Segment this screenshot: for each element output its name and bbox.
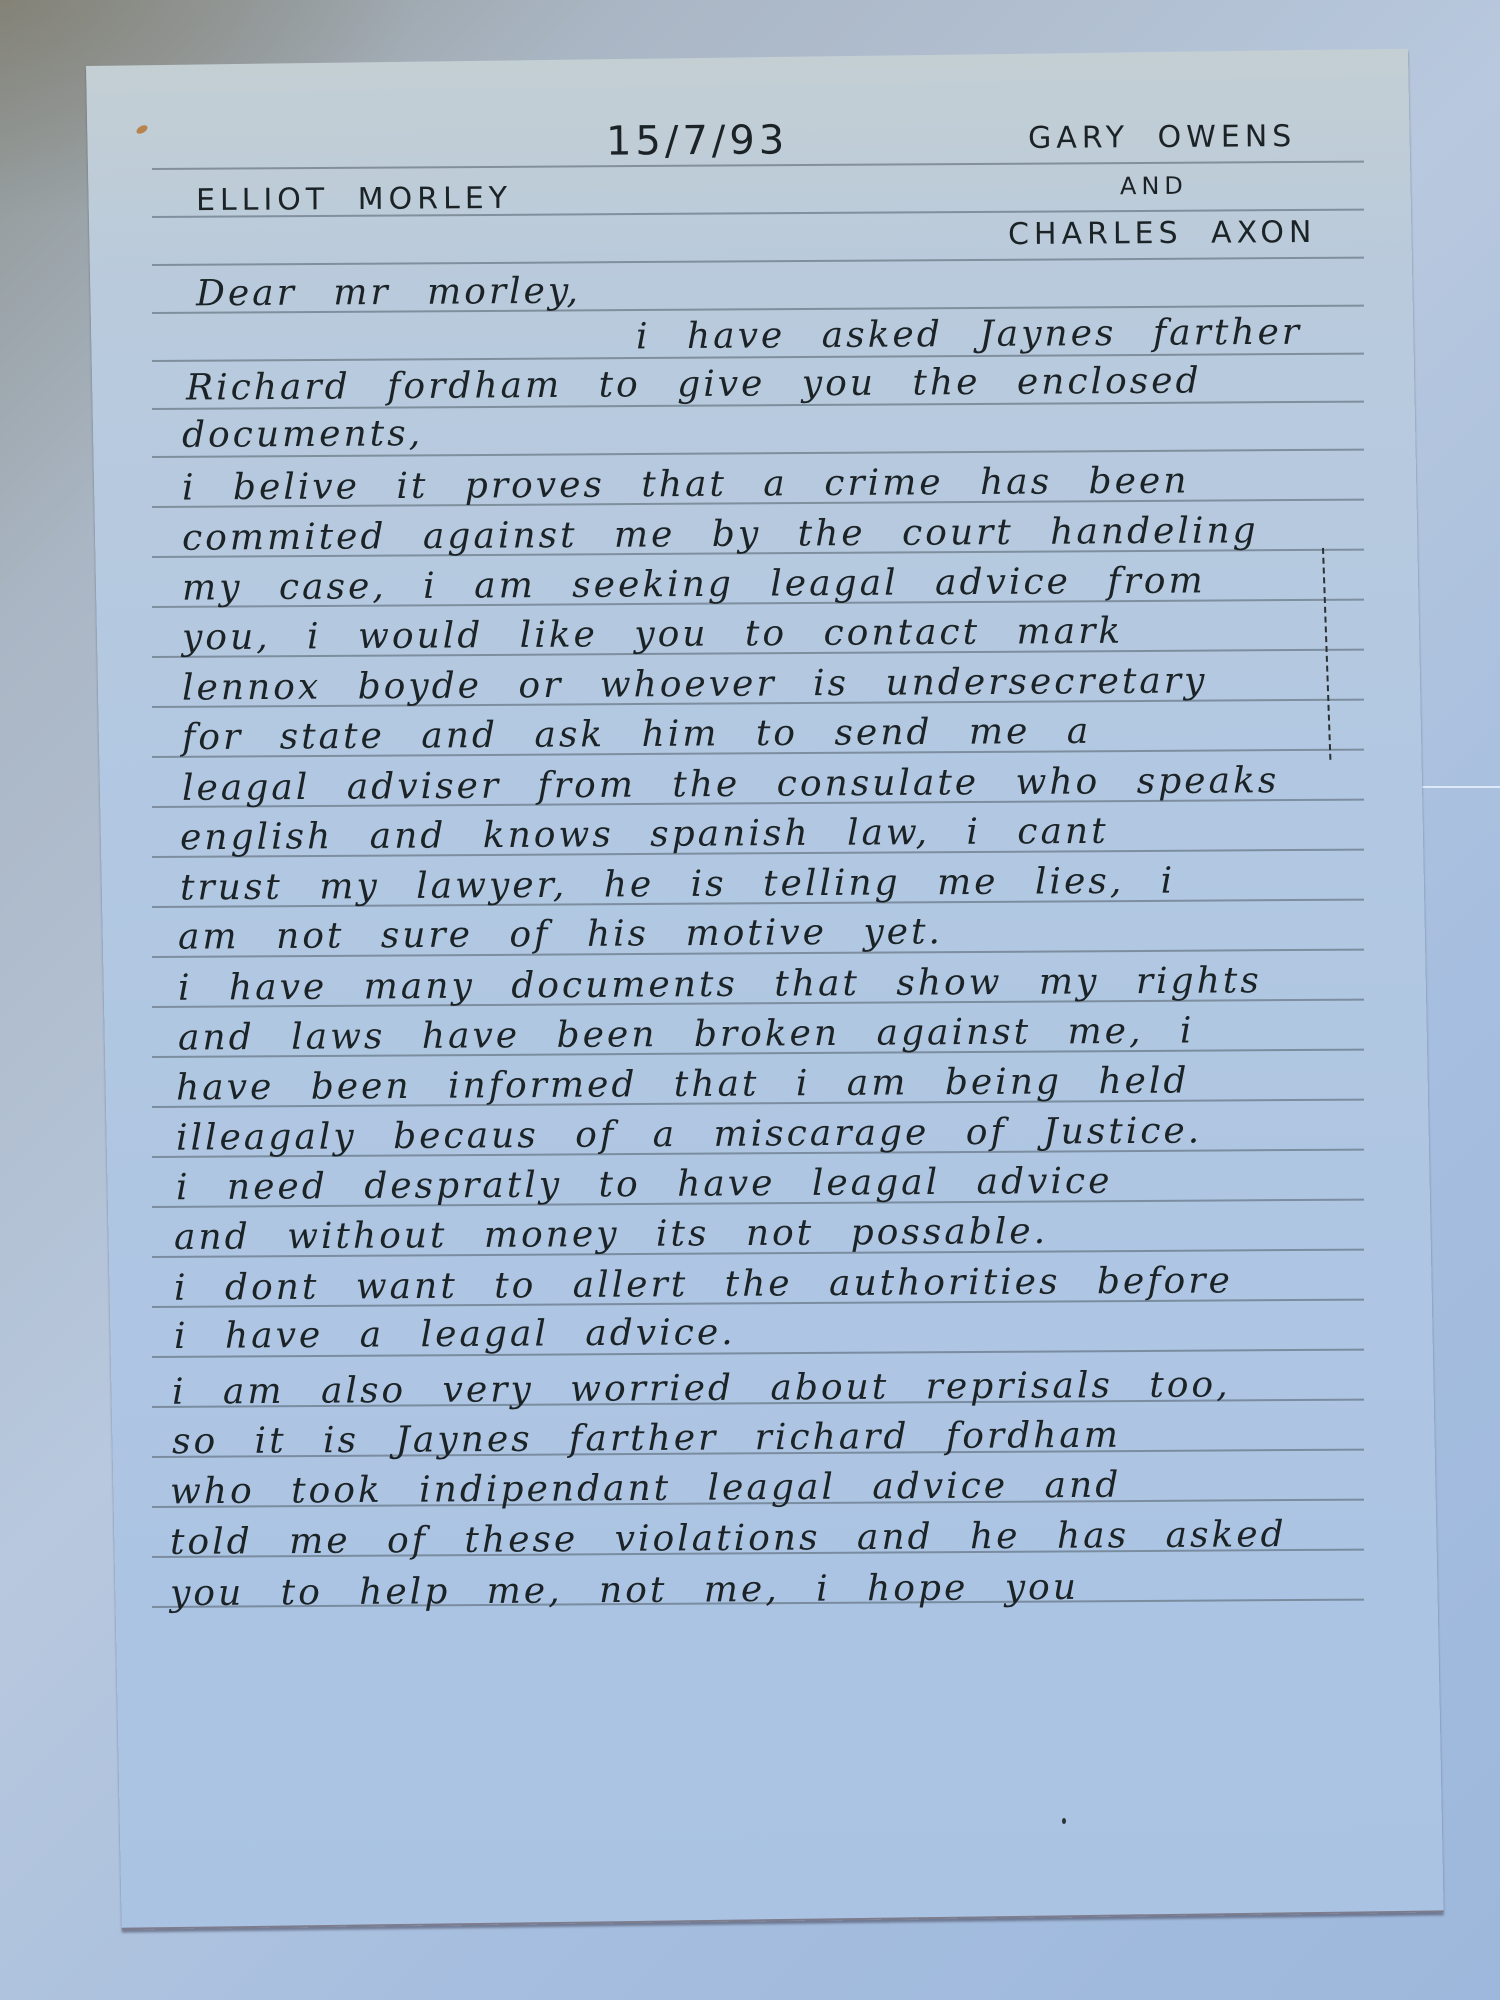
body-line: and without money its not possable. bbox=[174, 1211, 1048, 1258]
body-line: documents, bbox=[182, 413, 423, 456]
body-line: you to help me, not me, i hope you bbox=[170, 1567, 1079, 1614]
sender-name-2: CHARLES AXON bbox=[1008, 215, 1317, 252]
ink-dot bbox=[1062, 1818, 1066, 1824]
body-line: i have many documents that show my right… bbox=[178, 960, 1262, 1009]
body-line: i need despratly to have leagal advice bbox=[176, 1161, 1113, 1209]
body-line: illeagaly becaus of a miscarage of Justi… bbox=[176, 1110, 1202, 1158]
body-line: i have a leagal advice. bbox=[174, 1312, 736, 1357]
body-line: so it is Jaynes farther richard fordham bbox=[172, 1415, 1121, 1463]
body-line: i dont want to allert the authorities be… bbox=[174, 1260, 1233, 1308]
body-line: i am also very worried about reprisals t… bbox=[172, 1364, 1231, 1412]
body-line: leagal adviser from the consulate who sp… bbox=[182, 760, 1280, 809]
letter-date: 15/7/93 bbox=[606, 117, 789, 164]
handwritten-letter: 15/7/93 GARY OWENS AND CHARLES AXON ELLI… bbox=[0, 0, 1500, 2000]
body-line: have been informed that i am being held bbox=[176, 1060, 1190, 1108]
body-line: you, i would like you to contact mark bbox=[182, 611, 1123, 659]
sender-conjunction: AND bbox=[1120, 172, 1188, 200]
body-line: commited against me by the court handeli… bbox=[182, 510, 1259, 559]
body-line: lennox boyde or whoever is undersecretar… bbox=[182, 660, 1208, 708]
sender-name-1: GARY OWENS bbox=[1028, 119, 1297, 156]
body-line: who took indipendant leagal advice and bbox=[170, 1465, 1122, 1513]
body-line: trust my lawyer, he is telling me lies, … bbox=[180, 861, 1175, 909]
body-line: Richard fordham to give you the enclosed bbox=[186, 360, 1202, 408]
body-line: am not sure of his motive yet. bbox=[178, 911, 943, 957]
salutation: Dear mr morley, bbox=[196, 271, 581, 315]
recipient-name: ELLIOT MORLEY bbox=[196, 181, 512, 218]
body-line: i belive it proves that a crime has been bbox=[182, 460, 1190, 508]
body-line: my case, i am seeking leagal advice from bbox=[182, 560, 1206, 608]
body-line: told me of these violations and he has a… bbox=[170, 1514, 1287, 1563]
body-line: and laws have been broken against me, i bbox=[178, 1010, 1195, 1058]
body-line: english and knows spanish law, i cant bbox=[180, 811, 1109, 858]
body-line: i have asked Jaynes farther bbox=[636, 312, 1302, 358]
body-line: for state and ask him to send me a bbox=[182, 711, 1092, 758]
